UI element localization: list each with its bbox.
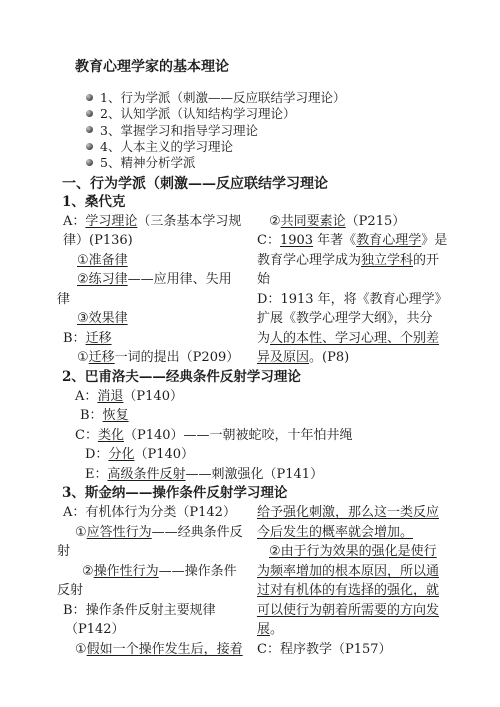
- text-line: E：高级条件反射——刺激强化（P141）: [57, 465, 462, 485]
- text-line: 异及原因。(P8): [257, 348, 462, 368]
- text-segment: 操作条件反射主要规律: [86, 603, 216, 618]
- outline-item-label: 1、行为学派（刺激——反应联结学习理论）: [100, 88, 345, 106]
- text-line: ①迁移一词的提出（P209）: [57, 348, 257, 368]
- text-segment: C：: [75, 428, 98, 443]
- text-line: ①应答性行为——经典条件反: [57, 523, 257, 543]
- text-line: A：消退（P140）: [57, 387, 462, 407]
- text-line: A：有机体行为分类（P142）: [57, 503, 257, 523]
- text-line: 扩展《教学心理学大纲》，共分: [257, 309, 462, 329]
- outline-list: 1、行为学派（刺激——反应联结学习理论） 2、认知学派（认知结构学习理论） 3、…: [86, 89, 462, 170]
- text-line: 反射: [57, 581, 257, 601]
- text-line: B：迁移: [57, 329, 257, 349]
- text-segment: 射: [57, 544, 70, 559]
- text-segment: ——刺激强化（P141）: [186, 467, 324, 482]
- text-segment: D：: [85, 447, 108, 462]
- text-segment: 的开: [413, 253, 439, 268]
- underlined-text: 给予强化刺激，那么这一类反应: [257, 505, 439, 520]
- text-segment: E：: [85, 467, 108, 482]
- text-line: 射: [57, 542, 257, 562]
- underlined-text: 类化: [98, 428, 124, 443]
- thorndike-right-column: ②共同要素论（P215）C：1903 年著《教育心理学》是教育学心理学成为独立学…: [257, 212, 462, 368]
- text-segment: B：: [63, 603, 86, 618]
- text-segment: ②: [269, 214, 281, 229]
- thorndike-columns: A：学习理论（三条基本学习规律）(P136)①准备律②练习律——应用律、失用律③…: [57, 212, 462, 368]
- text-line: C：程序教学（P157）: [257, 640, 462, 660]
- outline-item: 5、精神分析学派: [86, 154, 462, 170]
- subheading-skinner: 3、斯金纳——操作条件反射学习理论: [62, 484, 462, 503]
- section-heading-behaviorism: 一、行为学派（刺激——反应联结学习理论: [62, 175, 462, 193]
- text-line: B：操作条件反射主要规律: [57, 601, 257, 621]
- text-line: 今后发生的概率就会增加。: [257, 523, 462, 543]
- text-line: ①准备律: [57, 251, 257, 271]
- text-segment: 律: [57, 292, 70, 307]
- ball-bullet-icon: [86, 110, 93, 117]
- text-line: ③效果律: [57, 309, 257, 329]
- text-line: 为频率增加的根本原因，所以通: [257, 562, 462, 582]
- text-line: 教育学心理学成为独立学科的开: [257, 251, 462, 271]
- text-line: B：恢复: [57, 406, 462, 426]
- text-line: ②练习律——应用律、失用: [57, 270, 257, 290]
- text-segment: 教育学心理学成为: [257, 253, 361, 268]
- underlined-text: 人的本性、学习心理、个别差: [270, 331, 439, 346]
- text-segment: ——经典条件反: [152, 525, 243, 540]
- text-segment: ①: [77, 350, 89, 365]
- text-segment: ——应用律、失用: [128, 272, 232, 287]
- text-segment: 始: [257, 272, 270, 287]
- skinner-right-column: 给予强化刺激，那么这一类反应今后发生的概率就会增加。②由于行为效果的强化是使行为…: [257, 503, 462, 659]
- text-line: （P142）: [57, 620, 257, 640]
- text-segment: 一词的提出（P209）: [115, 350, 240, 365]
- text-line: ②操作性行为——操作条件: [57, 562, 257, 582]
- underlined-text: 假如一个操作发生后，接着: [87, 642, 243, 657]
- underlined-text: 独立学科: [361, 253, 413, 268]
- ball-bullet-icon: [86, 126, 93, 133]
- underlined-text: 今后发生的概率就会增加。: [257, 525, 413, 540]
- text-line: ①假如一个操作发生后，接着: [57, 640, 257, 660]
- outline-item: 2、认知学派（认知结构学习理论）: [86, 105, 462, 121]
- text-segment: 扩展《教学心理学大纲》，共分: [257, 311, 433, 326]
- skinner-left-column: A：有机体行为分类（P142）①应答性行为——经典条件反射②操作性行为——操作条…: [57, 503, 257, 659]
- underlined-text: 教育心理学: [356, 233, 421, 248]
- ball-bullet-icon: [86, 159, 93, 166]
- thorndike-left-column: A：学习理论（三条基本学习规律）(P136)①准备律②练习律——应用律、失用律③…: [57, 212, 257, 368]
- underlined-text: ③效果律: [77, 311, 128, 326]
- text-segment: ——操作条件: [159, 564, 237, 579]
- underlined-text: 恢复: [103, 408, 129, 423]
- text-line: 给予强化刺激，那么这一类反应: [257, 503, 462, 523]
- text-line: A：学习理论（三条基本学习规: [57, 212, 257, 232]
- text-segment: （P140）: [123, 389, 183, 404]
- underlined-text: 应答性行为: [87, 525, 152, 540]
- underlined-text: 异及原因: [257, 350, 309, 365]
- subheading-pavlov: 2、巴甫洛夫——经典条件反射学习理论: [62, 368, 462, 387]
- text-segment: 年著《: [313, 233, 356, 248]
- underlined-text: 过对有机体的有选择的强化，就: [257, 583, 439, 598]
- underlined-text: 迁移: [89, 350, 115, 365]
- underlined-text: 学习理论: [85, 214, 137, 229]
- underlined-text: ①准备律: [77, 253, 128, 268]
- text-line: D：1913 年，将《教育心理学》: [257, 290, 462, 310]
- text-segment: 。: [270, 622, 283, 637]
- outline-item-label: 4、人本主义的学习理论: [100, 137, 233, 155]
- text-line: D：分化（P140）: [57, 445, 462, 465]
- underlined-text: 展: [257, 622, 270, 637]
- page-title: 教育心理学家的基本理论: [75, 58, 462, 76]
- text-segment: A：: [63, 214, 85, 229]
- text-segment: B：: [80, 408, 103, 423]
- text-segment: 》是: [421, 233, 447, 248]
- ball-bullet-icon: [86, 94, 93, 101]
- text-segment: C：: [257, 233, 280, 248]
- underlined-text: 1903: [280, 233, 313, 248]
- text-segment: B：: [63, 331, 86, 346]
- text-line: C：1903 年著《教育心理学》是: [257, 231, 462, 251]
- text-line: 可以使行为朝着所需要的方向发: [257, 601, 462, 621]
- underlined-text: 消退: [97, 389, 123, 404]
- underlined-text: 操作性行为: [94, 564, 159, 579]
- text-segment: 有机体行为分类（P142）: [85, 505, 236, 520]
- underlined-text: 高级条件反射: [108, 467, 186, 482]
- underlined-text: ②由于行为效果的强化是使行: [269, 544, 437, 559]
- text-line: ②由于行为效果的强化是使行: [257, 542, 462, 562]
- ball-bullet-icon: [86, 143, 93, 150]
- outline-item-label: 3、掌握学习和指导学习理论: [100, 121, 258, 139]
- text-segment: A：: [75, 389, 97, 404]
- text-segment: ②: [82, 564, 94, 579]
- text-segment: D：: [257, 292, 280, 307]
- underlined-text: 为频率增加的根本原因，所以通: [257, 564, 439, 579]
- underlined-text: 可以使行为朝着所需要的方向发: [257, 603, 439, 618]
- subheading-thorndike: 1、桑代克: [62, 193, 462, 212]
- text-line: 为人的本性、学习心理、个别差: [257, 329, 462, 349]
- text-segment: 律）(P136): [63, 233, 133, 248]
- text-segment: 。(P8): [309, 350, 349, 365]
- underlined-text: 分化: [108, 447, 134, 462]
- text-line: C：类化（P140）——一朝被蛇咬，十年怕井绳: [57, 426, 462, 446]
- outline-item: 4、人本主义的学习理论: [86, 138, 462, 154]
- text-segment: （P215）: [346, 214, 406, 229]
- text-segment: （P142）: [65, 622, 125, 637]
- outline-item: 3、掌握学习和指导学习理论: [86, 122, 462, 138]
- text-line: ②共同要素论（P215）: [257, 212, 462, 232]
- underlined-text: 迁移: [86, 331, 112, 346]
- text-line: 展。: [257, 620, 462, 640]
- text-segment: ①: [75, 525, 87, 540]
- outline-item-label: 5、精神分析学派: [100, 153, 195, 171]
- pavlov-lines: A：消退（P140）B：恢复C：类化（P140）——一朝被蛇咬，十年怕井绳D：分…: [57, 387, 462, 485]
- underlined-text: ②练习律: [77, 272, 128, 287]
- document-page: 教育心理学家的基本理论 1、行为学派（刺激——反应联结学习理论） 2、认知学派（…: [0, 0, 500, 707]
- text-line: 过对有机体的有选择的强化，就: [257, 581, 462, 601]
- text-line: 始: [257, 270, 462, 290]
- text-segment: （P140）: [134, 447, 194, 462]
- text-line: 律: [57, 290, 257, 310]
- skinner-columns: A：有机体行为分类（P142）①应答性行为——经典条件反射②操作性行为——操作条…: [57, 503, 462, 659]
- text-segment: （P140）——一朝被蛇咬，十年怕井绳: [124, 428, 353, 443]
- text-segment: A：: [63, 505, 85, 520]
- text-segment: （三条基本学习规: [137, 214, 241, 229]
- text-segment: 为: [257, 331, 270, 346]
- outline-item: 1、行为学派（刺激——反应联结学习理论）: [86, 89, 462, 105]
- text-segment: 1913 年，将《教育心理学》: [280, 292, 447, 307]
- text-segment: 反射: [57, 583, 83, 598]
- text-line: 律）(P136): [57, 231, 257, 251]
- outline-item-label: 2、认知学派（认知结构学习理论）: [100, 104, 295, 122]
- text-segment: C：程序教学（P157）: [257, 642, 392, 657]
- underlined-text: 共同要素论: [281, 214, 346, 229]
- text-segment: ①: [75, 642, 87, 657]
